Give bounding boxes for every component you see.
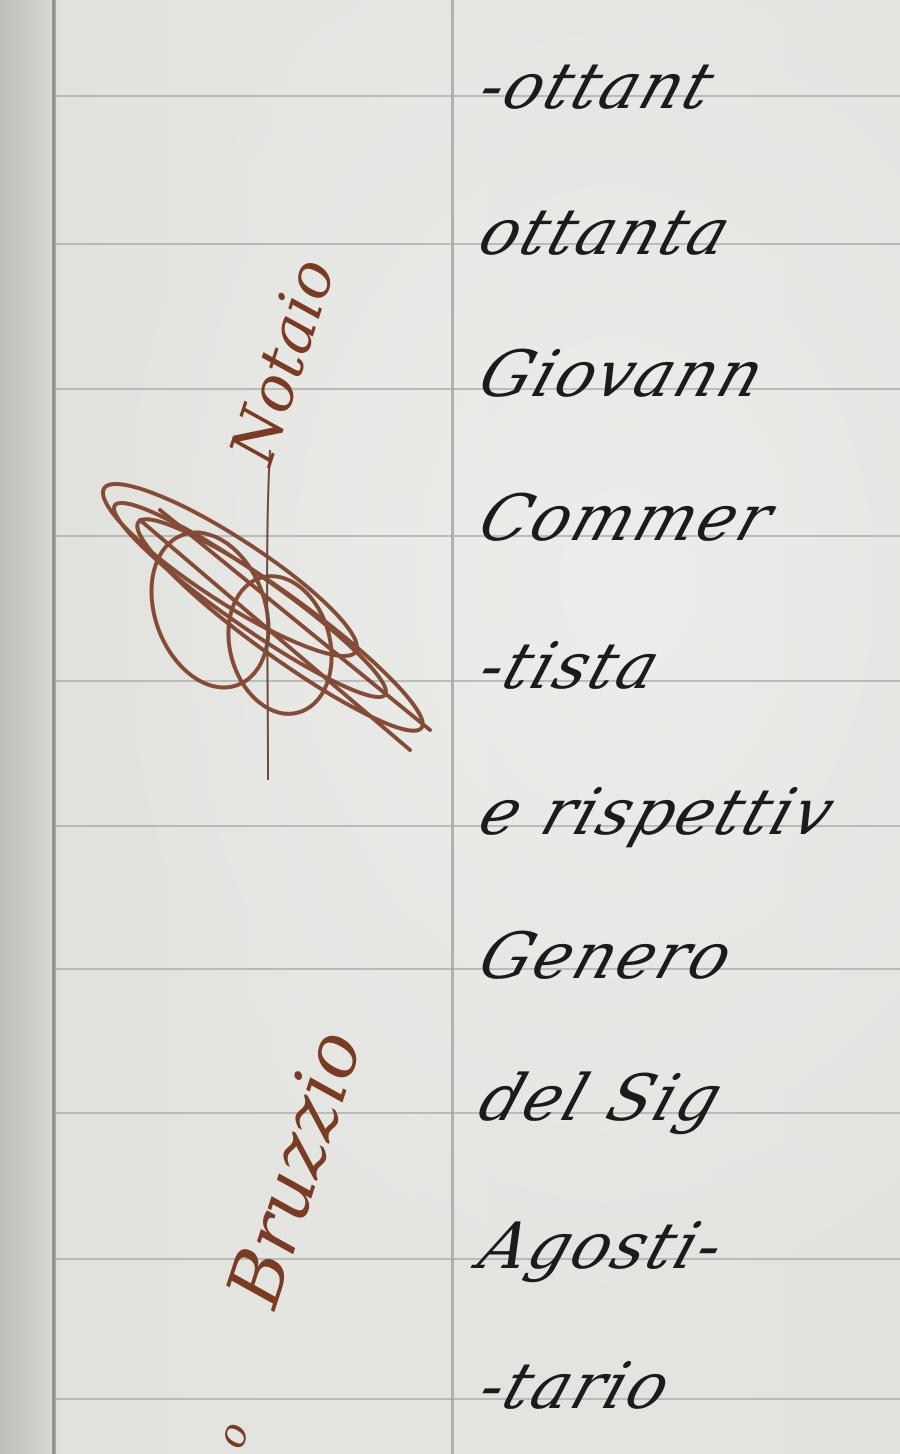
- body-line: Commer: [470, 482, 783, 556]
- body-line: -ottant: [470, 50, 725, 124]
- signature-fragment: o: [207, 1411, 258, 1453]
- binding-crease: [52, 0, 56, 1454]
- body-line: Agosti-: [470, 1210, 734, 1284]
- body-line: ottanta: [470, 196, 741, 270]
- body-line: -tario: [470, 1350, 681, 1424]
- manuscript-page: Notaio Bruzzio o -ottant ottanta Giovann…: [0, 0, 900, 1454]
- margin-rule: [451, 0, 454, 1454]
- body-line: Giovann: [470, 338, 775, 412]
- body-line: e rispettiv: [470, 776, 845, 850]
- notary-signature: Notaio Bruzzio: [60, 90, 450, 1350]
- body-line: -tista: [470, 630, 671, 704]
- body-line: del Sig: [470, 1062, 733, 1136]
- signature-title: Notaio: [215, 250, 350, 473]
- adjacent-page-edge: [0, 0, 52, 1454]
- body-line: Genero: [470, 920, 743, 994]
- signature-flourish-icon: [80, 450, 450, 780]
- signature-name: Bruzzio: [210, 1020, 379, 1316]
